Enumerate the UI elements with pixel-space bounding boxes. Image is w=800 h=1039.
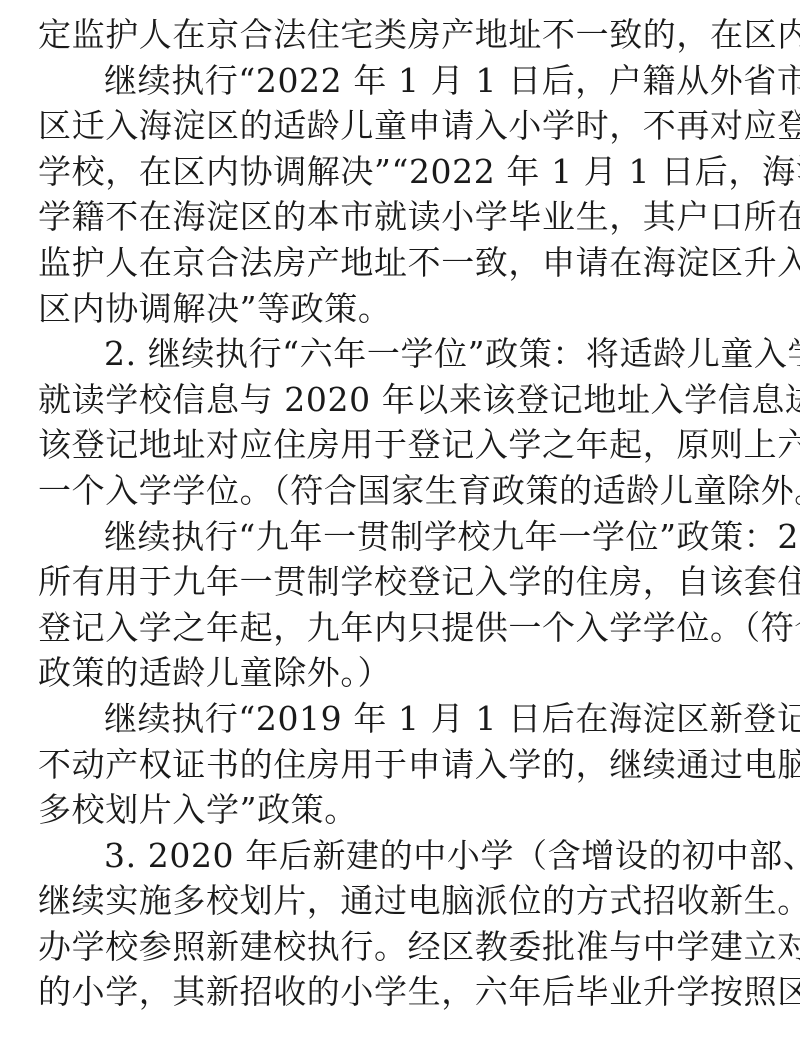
text-line: 办学校参照新建校执行。经区教委批准与中学建立对口直升机制 — [38, 924, 764, 970]
text-line: 该登记地址对应住房用于登记入学之年起，原则上六年内只提供 — [38, 422, 764, 468]
text-line: 不动产权证书的住房用于申请入学的，继续通过电脑派位的方式 — [38, 742, 764, 788]
text-line: 定监护人在京合法住宅类房产地址不一致的，在区内协调解决。 — [38, 12, 764, 58]
text-line: 的小学，其新招收的小学生，六年后毕业升学按照区教委批准的 — [38, 969, 764, 1015]
text-line: 2. 继续执行“六年一学位”政策：将适龄儿童入学登记地址、 — [38, 331, 764, 377]
document-page: 定监护人在京合法住宅类房产地址不一致的，在区内协调解决。 继续执行“2022 年… — [38, 12, 764, 1015]
text-line: 多校划片入学”政策。 — [38, 787, 764, 833]
text-line: 一个入学学位。（符合国家生育政策的适龄儿童除外。） — [38, 468, 764, 514]
text-line: 学籍不在海淀区的本市就读小学毕业生，其户口所在地址与法定 — [38, 194, 764, 240]
text-line: 区内协调解决”等政策。 — [38, 286, 764, 332]
text-line: 所有用于九年一贯制学校登记入学的住房，自该套住房地址用于 — [38, 559, 764, 605]
text-line: 继续实施多校划片，通过电脑派位的方式招收新生。新设立的公 — [38, 878, 764, 924]
text-line: 登记入学之年起，九年内只提供一个入学学位。（符合国家生育 — [38, 605, 764, 651]
text-line: 继续执行“2019 年 1 月 1 日后在海淀区新登记并取得房屋 — [38, 696, 764, 742]
text-line: 监护人在京合法房产地址不一致，申请在海淀区升入初中的，在 — [38, 240, 764, 286]
text-line: 学校，在区内协调解决”“2022 年 1 月 1 日后，海淀区户籍但 — [38, 149, 764, 195]
text-line: 政策的适龄儿童除外。） — [38, 650, 764, 696]
text-line: 3. 2020 年后新建的中小学（含增设的初中部、小学部）， — [38, 833, 764, 879]
text-line: 就读学校信息与 2020 年以来该登记地址入学信息进行比对，自 — [38, 377, 764, 423]
text-line: 继续执行“2022 年 1 月 1 日后，户籍从外省市或本市其他 — [38, 58, 764, 104]
text-line: 区迁入海淀区的适龄儿童申请入小学时，不再对应登记入学划片 — [38, 103, 764, 149]
text-line: 继续执行“九年一贯制学校九年一学位”政策：2022 年起， — [38, 514, 764, 560]
